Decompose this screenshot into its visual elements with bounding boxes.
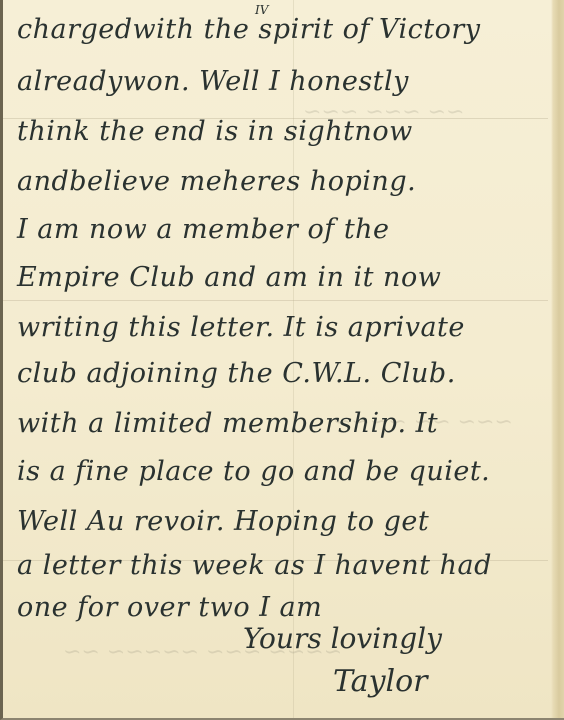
letter-line: is a fine place to go and be quiet.: [17, 456, 490, 487]
letter-line: alreadywon. Well I honestly: [17, 66, 409, 97]
signature: Taylor: [333, 664, 428, 699]
letter-line: Well Au revoir. Hoping to get: [17, 506, 429, 537]
letter-line: club adjoining the C.W.L. Club.: [17, 358, 456, 389]
letter-line: writing this letter. It is aprivate: [17, 312, 465, 343]
letter-line: andbelieve meheres hoping.: [17, 166, 416, 197]
letter-line: I am now a member of the: [17, 214, 390, 245]
letter-line: chargedwith the spirit of Victory: [17, 14, 481, 45]
closing-salutation: Yours lovingly: [243, 622, 442, 655]
letter-page: ~~ ~~~ ~~~ ~~~ ~~ ~~~~ ~~~~ ~~~ ~~~~~ ~~…: [0, 0, 564, 720]
letter-line: one for over two I am: [17, 592, 322, 623]
paper-crease: [3, 300, 548, 301]
letter-line: Empire Club and am in it now: [17, 262, 441, 293]
letter-line: a letter this week as I havent had: [17, 550, 492, 581]
letter-line: think the end is in sightnow: [17, 116, 413, 147]
letter-line: with a limited membership. It: [17, 408, 438, 439]
